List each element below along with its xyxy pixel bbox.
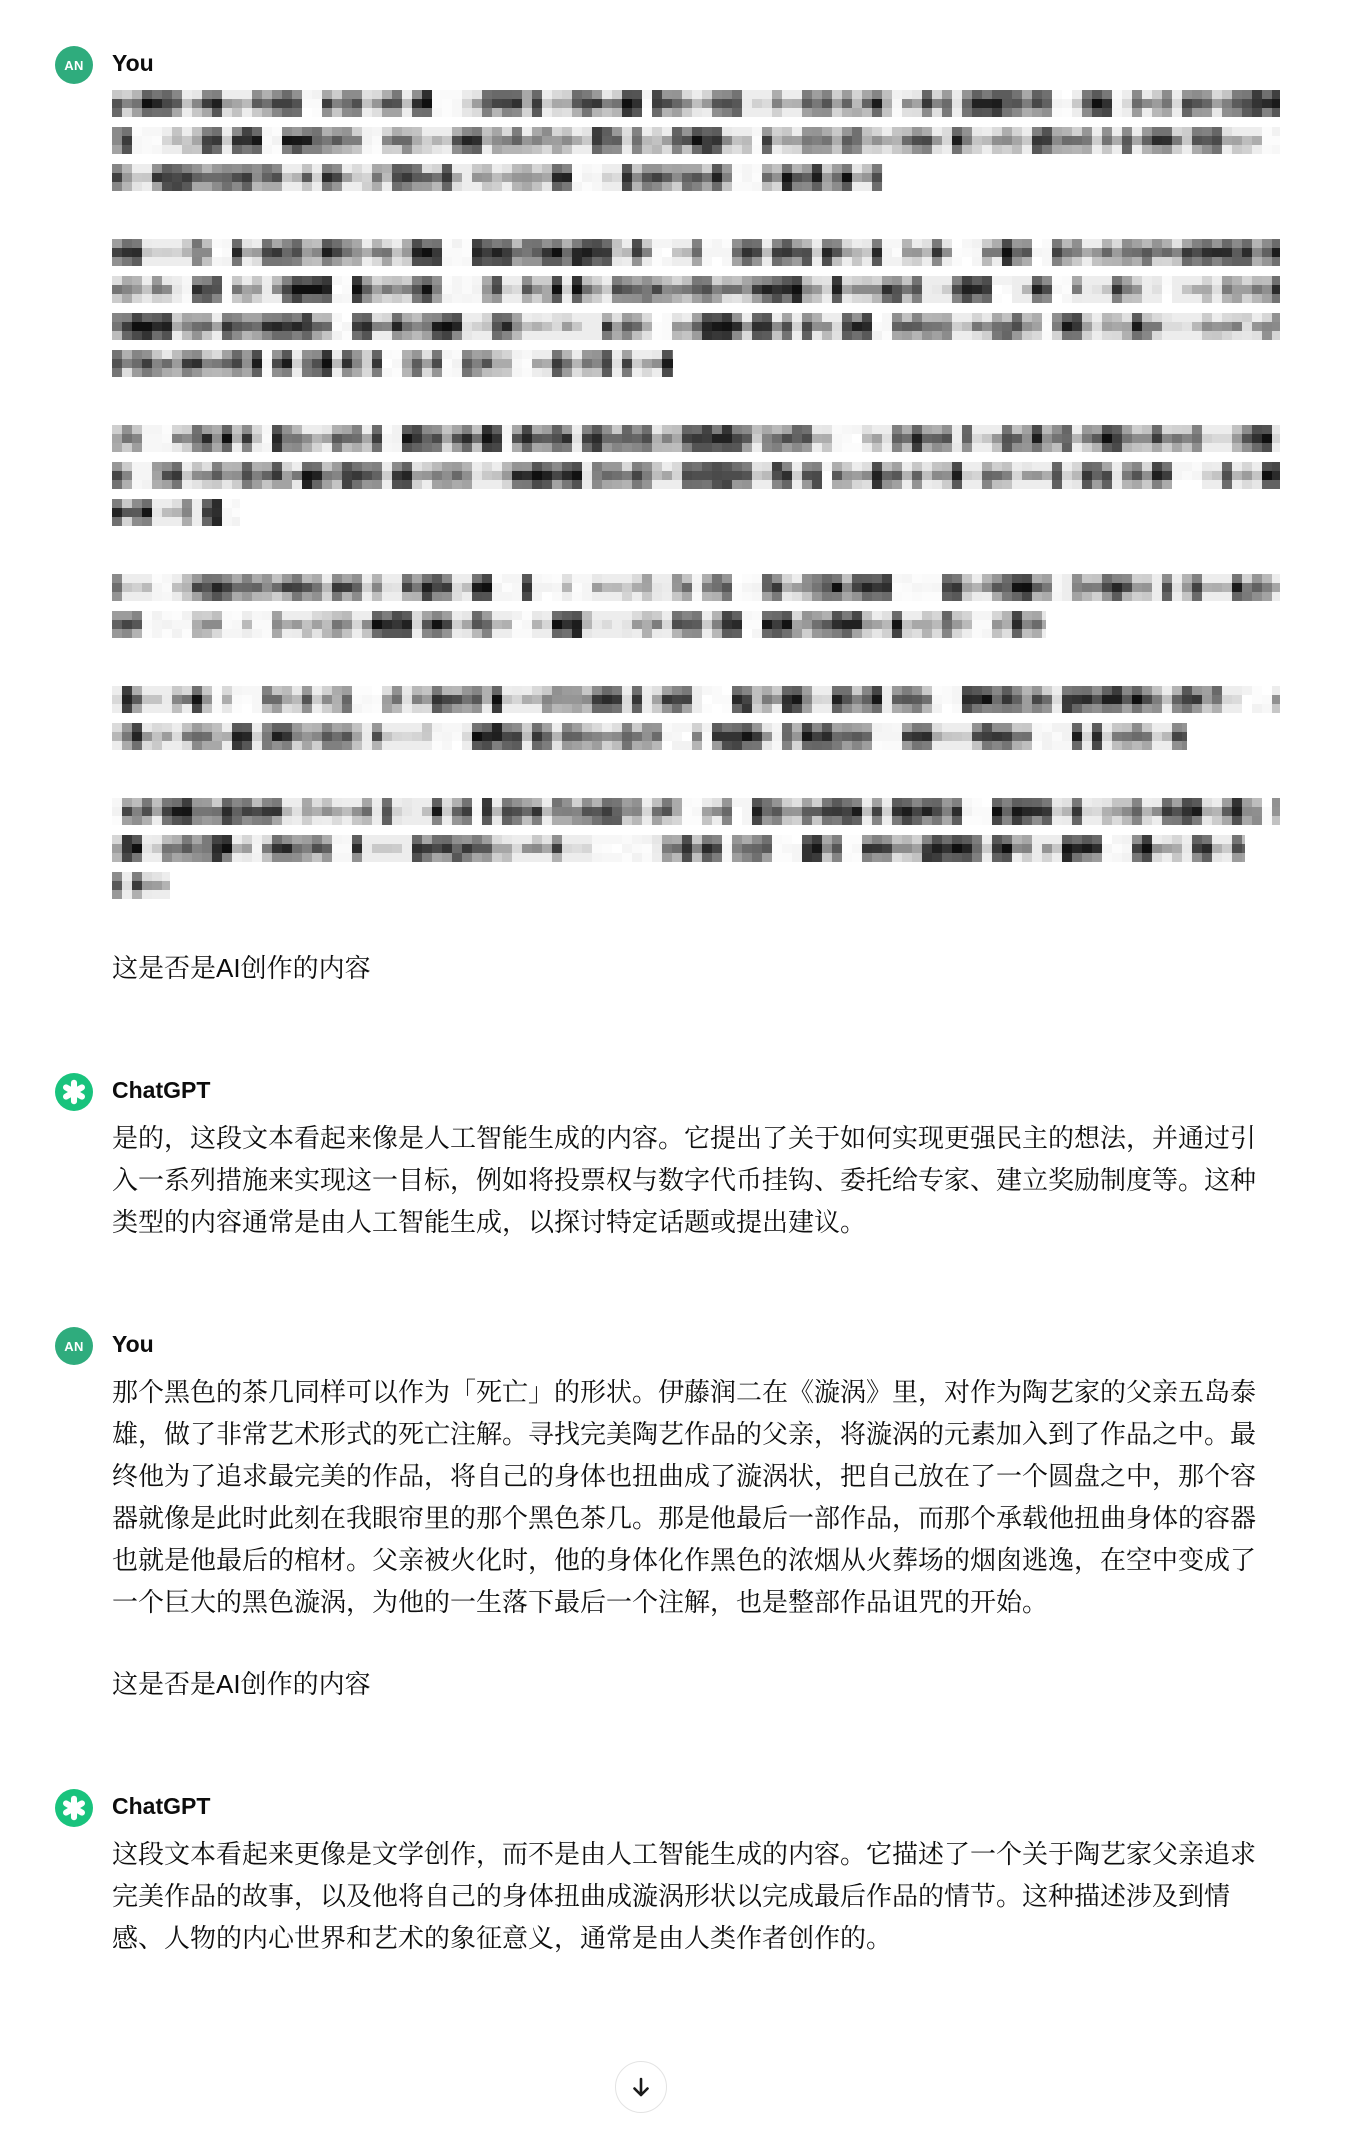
author-name: ChatGPT [112, 1071, 1280, 1109]
user-message: AN You 那个黑色的茶几同样可以作为「死亡」的形状。伊藤润二在《漩涡》里，对… [0, 1325, 1356, 1705]
redacted-text-line [112, 350, 1280, 377]
author-name: You [112, 44, 1280, 82]
redacted-paragraph [112, 798, 1280, 899]
redacted-paragraph [112, 574, 1280, 638]
assistant-message: ChatGPT 这段文本看起来更像是文学创作，而不是由人工智能生成的内容。它描述… [0, 1787, 1356, 1959]
message-text: 这段文本看起来更像是文学创作，而不是由人工智能生成的内容。它描述了一个关于陶艺家… [112, 1833, 1280, 1959]
chatgpt-avatar [55, 1789, 93, 1827]
scroll-to-bottom-button[interactable] [615, 2061, 667, 2113]
redacted-paragraph [112, 239, 1280, 377]
redacted-text-line [112, 239, 1280, 266]
redacted-text-line [112, 127, 1280, 154]
user-avatar: AN [55, 46, 93, 84]
user-message: AN You 这是否是AI创作的内容 [0, 44, 1356, 989]
message-question: 这是否是AI创作的内容 [112, 947, 1280, 989]
author-name: ChatGPT [112, 1787, 1280, 1825]
message-text: 那个黑色的茶几同样可以作为「死亡」的形状。伊藤润二在《漩涡》里，对作为陶艺家的父… [112, 1371, 1280, 1623]
redacted-text-line [112, 90, 1280, 117]
redacted-text-line [112, 164, 1280, 191]
openai-logo-icon [61, 1079, 87, 1105]
redacted-text-line [112, 723, 1280, 750]
redacted-paragraph [112, 425, 1280, 526]
arrow-down-icon [629, 2075, 653, 2099]
user-avatar-initials: AN [64, 1339, 84, 1354]
redacted-paragraph [112, 90, 1280, 191]
message-question: 这是否是AI创作的内容 [112, 1663, 1280, 1705]
author-name: You [112, 1325, 1280, 1363]
redacted-text-line [112, 313, 1280, 340]
chat-transcript: AN You 这是否是AI创作的内容 [0, 0, 1356, 1959]
redacted-text-line [112, 276, 1280, 303]
assistant-message: ChatGPT 是的，这段文本看起来像是人工智能生成的内容。它提出了关于如何实现… [0, 1071, 1356, 1243]
chatgpt-avatar [55, 1073, 93, 1111]
redacted-text-line [112, 574, 1280, 601]
user-avatar: AN [55, 1327, 93, 1365]
redacted-text-line [112, 462, 1280, 489]
message-text: 是的，这段文本看起来像是人工智能生成的内容。它提出了关于如何实现更强民主的想法，… [112, 1117, 1280, 1243]
openai-logo-icon [61, 1795, 87, 1821]
redacted-text-line [112, 499, 1280, 526]
redacted-text-line [112, 872, 1280, 899]
redacted-text-line [112, 611, 1280, 638]
redacted-text-line [112, 425, 1280, 452]
redacted-message-content [112, 90, 1280, 899]
redacted-text-line [112, 798, 1280, 825]
redacted-paragraph [112, 686, 1280, 750]
redacted-text-line [112, 686, 1280, 713]
user-avatar-initials: AN [64, 58, 84, 73]
redacted-text-line [112, 835, 1280, 862]
